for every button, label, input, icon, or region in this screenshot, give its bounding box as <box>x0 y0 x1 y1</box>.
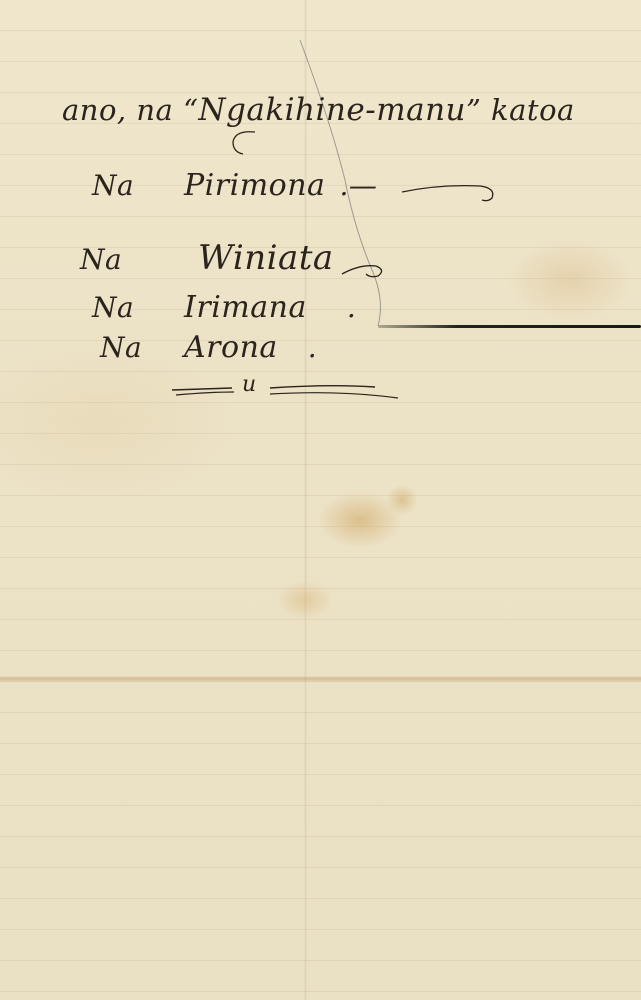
quote-close: ” <box>466 93 481 127</box>
entry-name: Arona <box>184 330 278 365</box>
closing-ornament: u <box>170 378 400 402</box>
entry-trail: . <box>308 331 317 364</box>
entry-name: Winiata <box>198 238 334 278</box>
heading-text-after: katoa <box>481 93 574 127</box>
signatory-entry: NaWiniata <box>80 238 348 278</box>
entry-prefix: Na <box>92 169 184 202</box>
name-flourish <box>400 180 500 210</box>
entry-prefix: Na <box>92 291 184 324</box>
ornament-mark: u <box>242 372 257 397</box>
entry-name: Pirimona <box>184 168 325 203</box>
horizontal-fold-crease <box>0 676 641 682</box>
capital-flourish <box>225 128 265 158</box>
heading-text-before: ano, na <box>62 93 183 127</box>
entry-prefix: Na <box>80 243 198 276</box>
signatory-entry: NaArona. <box>100 330 317 365</box>
entry-name: Irimana <box>184 290 307 325</box>
double-rule-flourish <box>170 378 400 402</box>
heading-quoted-name: Ngakihine-manu <box>198 92 466 128</box>
name-flourish <box>340 258 390 282</box>
entry-trail: . <box>347 291 356 324</box>
vertical-fold-crease <box>304 0 307 1000</box>
ink-bleed-line <box>378 325 641 328</box>
signatory-entry: NaPirimona.— <box>92 168 377 203</box>
quote-open: “ <box>183 93 198 127</box>
signatory-entry: NaIrimana. <box>92 290 356 325</box>
entry-trail: .— <box>339 169 377 202</box>
entry-prefix: Na <box>100 331 184 364</box>
heading-line: ano, na “Ngakihine-manu” katoa <box>62 92 575 128</box>
manuscript-page: ano, na “Ngakihine-manu” katoa NaPirimon… <box>0 0 641 1000</box>
